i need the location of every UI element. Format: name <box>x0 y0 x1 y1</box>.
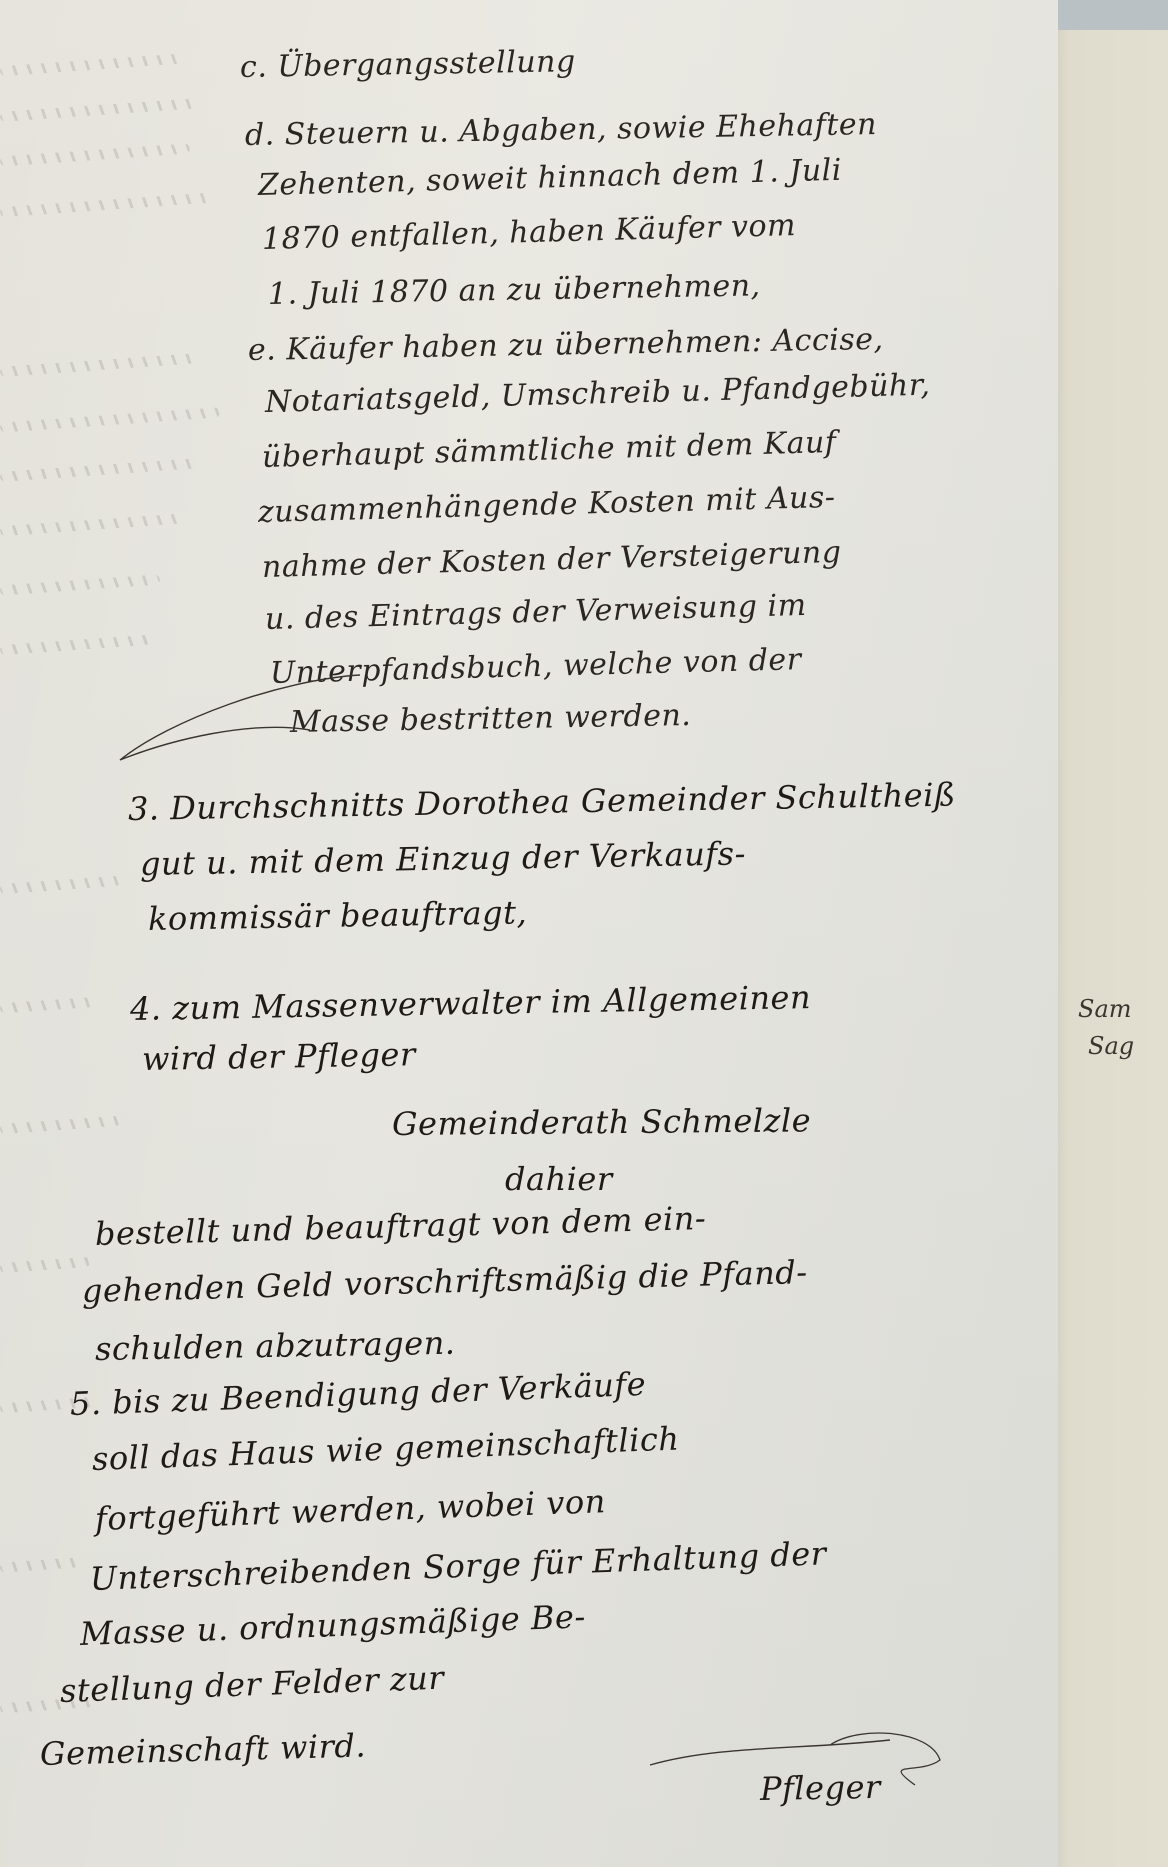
text-line: nahme der Kosten der Versteigerung <box>262 535 842 585</box>
text-line: 4. zum Massenverwalter im Allgemeinen <box>130 978 812 1028</box>
text-line: wird der Pfleger <box>142 1035 416 1078</box>
background-edge <box>1058 0 1168 30</box>
text-line: Unterpfandsbuch, welche von der <box>270 642 802 691</box>
text-line: c. Übergangsstellung <box>240 44 576 85</box>
text-line: soll das Haus wie gemeinschaftlich <box>91 1420 680 1478</box>
text-line: fortgeführt werden, wobei von <box>94 1482 606 1538</box>
text-line: 5. bis zu Beendigung der Verkäufe <box>69 1365 646 1423</box>
text-line: d. Steuern u. Abgaben, sowie Ehehaften <box>245 107 878 153</box>
text-line: e. Käufer haben zu übernehmen: Accise, <box>248 322 884 368</box>
text-line: bestellt und beauftragt von dem ein- <box>95 1199 707 1253</box>
text-line: kommissär beauftragt, <box>148 893 528 938</box>
text-line: zusammenhängende Kosten mit Aus- <box>258 480 836 530</box>
signature: Pfleger <box>760 1768 881 1808</box>
text-line: überhaupt sämmtliche mit dem Kauf <box>262 425 837 475</box>
text-line: 3. Durchschnitts Dorothea Gemeinder Schu… <box>128 776 956 828</box>
text-line: gut u. mit dem Einzug der Verkaufs- <box>140 834 746 883</box>
text-line: Gemeinschaft wird. <box>40 1726 367 1773</box>
text-line: Unterschreibenden Sorge für Erhaltung de… <box>89 1534 827 1598</box>
text-line: schulden abzutragen. <box>95 1324 456 1368</box>
text-line: Masse u. ordnungsmäßige Be- <box>79 1597 586 1653</box>
adjacent-page: Sam Sag <box>1058 30 1168 1867</box>
text-line: Masse bestritten werden. <box>290 698 692 740</box>
text-line: u. des Eintrags der Verweisung im <box>265 588 807 637</box>
text-line: Gemeinderath Schmelzle <box>392 1101 811 1143</box>
text-line: Notariatsgeld, Umschreib u. Pfandgebühr, <box>265 368 931 420</box>
text-line: 1. Juli 1870 an zu übernehmen, <box>268 268 761 312</box>
text-line: Zehenten, soweit hinnach dem 1. Juli <box>258 153 843 203</box>
text-line: dahier <box>505 1160 613 1198</box>
text-line: gehenden Geld vorschriftsmäßig die Pfand… <box>82 1253 809 1310</box>
margin-note: Sam <box>1078 995 1132 1023</box>
text-line: 1870 entfallen, haben Käufer vom <box>262 208 797 257</box>
margin-note: Sag <box>1088 1032 1134 1060</box>
manuscript-page: c. Übergangsstellung d. Steuern u. Abgab… <box>0 0 1078 1867</box>
text-line: stellung der Felder zur <box>59 1659 444 1710</box>
